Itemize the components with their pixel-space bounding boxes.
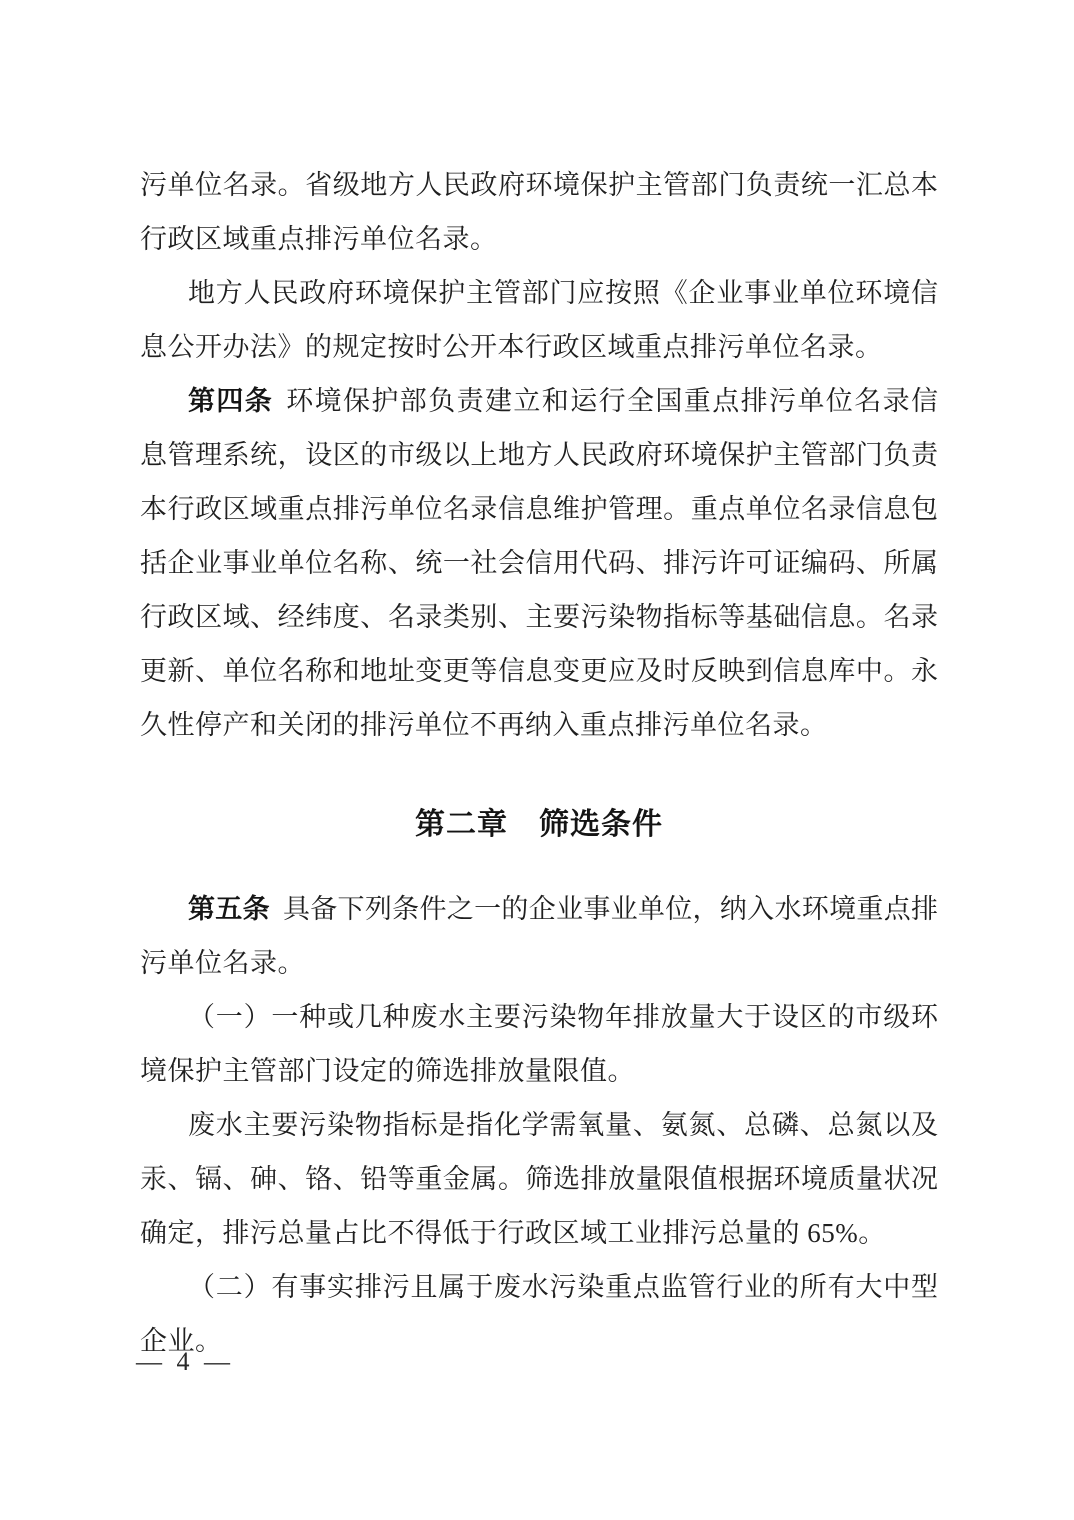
line-text: 污单位名录。省级地方人民政府环境保护主管部门负责统一汇总本	[140, 170, 938, 200]
body-line: 第五条具备下列条件之一的企业事业单位，纳入水环境重点排	[140, 882, 938, 936]
body-line: 括企业事业单位名称、统一社会信用代码、排污许可证编码、所属	[140, 536, 938, 590]
line-text: 行政区域、经纬度、名录类别、主要污染物指标等基础信息。名录	[140, 602, 938, 632]
body-line: 地方人民政府环境保护主管部门应按照《企业事业单位环境信	[140, 266, 938, 320]
body-line: 汞、镉、砷、铬、铅等重金属。筛选排放量限值根据环境质量状况	[140, 1152, 938, 1206]
line-text: 废水主要污染物指标是指化学需氧量、氨氮、总磷、总氮以及	[188, 1110, 938, 1140]
line-text: 行政区域重点排污单位名录。	[140, 224, 498, 254]
body-line: （一）一种或几种废水主要污染物年排放量大于设区的市级环	[140, 990, 938, 1044]
body-line: 污单位名录。省级地方人民政府环境保护主管部门负责统一汇总本	[140, 158, 938, 212]
page-number: — 4 —	[136, 1347, 234, 1377]
body-line: 本行政区域重点排污单位名录信息维护管理。重点单位名录信息包	[140, 482, 938, 536]
line-text: 汞、镉、砷、铬、铅等重金属。筛选排放量限值根据环境质量状况	[140, 1164, 938, 1194]
body-line: 企业。	[140, 1314, 938, 1368]
line-text: 本行政区域重点排污单位名录信息维护管理。重点单位名录信息包	[140, 494, 938, 524]
line-text: 环境保护部负责建立和运行全国重点排污单位名录信	[286, 386, 938, 416]
body-line: 确定，排污总量占比不得低于行政区域工业排污总量的 65%。	[140, 1206, 938, 1260]
line-text: 污单位名录。	[140, 948, 305, 978]
line-text: 地方人民政府环境保护主管部门应按照《企业事业单位环境信	[188, 278, 938, 308]
document-body: 污单位名录。省级地方人民政府环境保护主管部门负责统一汇总本 行政区域重点排污单位…	[140, 158, 938, 1368]
body-line: 息管理系统，设区的市级以上地方人民政府环境保护主管部门负责	[140, 428, 938, 482]
line-text: 括企业事业单位名称、统一社会信用代码、排污许可证编码、所属	[140, 548, 938, 578]
document-page: 污单位名录。省级地方人民政府环境保护主管部门负责统一汇总本 行政区域重点排污单位…	[0, 0, 1074, 1520]
line-text: （一）一种或几种废水主要污染物年排放量大于设区的市级环	[188, 1002, 938, 1032]
line-text: 具备下列条件之一的企业事业单位，纳入水环境重点排	[283, 894, 938, 924]
body-line: 息公开办法》的规定按时公开本行政区域重点排污单位名录。	[140, 320, 938, 374]
body-line: 行政区域重点排污单位名录。	[140, 212, 938, 266]
body-line: 废水主要污染物指标是指化学需氧量、氨氮、总磷、总氮以及	[140, 1098, 938, 1152]
body-line: 第四条环境保护部负责建立和运行全国重点排污单位名录信	[140, 374, 938, 428]
body-line: 行政区域、经纬度、名录类别、主要污染物指标等基础信息。名录	[140, 590, 938, 644]
line-text: 息管理系统，设区的市级以上地方人民政府环境保护主管部门负责	[140, 440, 938, 470]
line-text: （二）有事实排污且属于废水污染重点监管行业的所有大中型	[188, 1272, 938, 1302]
article-number: 第四条	[188, 386, 273, 416]
body-line: 久性停产和关闭的排污单位不再纳入重点排污单位名录。	[140, 698, 938, 752]
body-line: 更新、单位名称和地址变更等信息变更应及时反映到信息库中。永	[140, 644, 938, 698]
chapter-heading: 第二章 筛选条件	[140, 798, 938, 852]
line-text: 久性停产和关闭的排污单位不再纳入重点排污单位名录。	[140, 710, 828, 740]
line-text: 境保护主管部门设定的筛选排放量限值。	[140, 1056, 635, 1086]
line-text: 更新、单位名称和地址变更等信息变更应及时反映到信息库中。永	[140, 656, 938, 686]
body-line: 污单位名录。	[140, 936, 938, 990]
article-number: 第五条	[188, 894, 270, 924]
line-text: 息公开办法》的规定按时公开本行政区域重点排污单位名录。	[140, 332, 883, 362]
body-line: （二）有事实排污且属于废水污染重点监管行业的所有大中型	[140, 1260, 938, 1314]
body-line: 境保护主管部门设定的筛选排放量限值。	[140, 1044, 938, 1098]
line-text: 确定，排污总量占比不得低于行政区域工业排污总量的 65%。	[140, 1218, 886, 1248]
